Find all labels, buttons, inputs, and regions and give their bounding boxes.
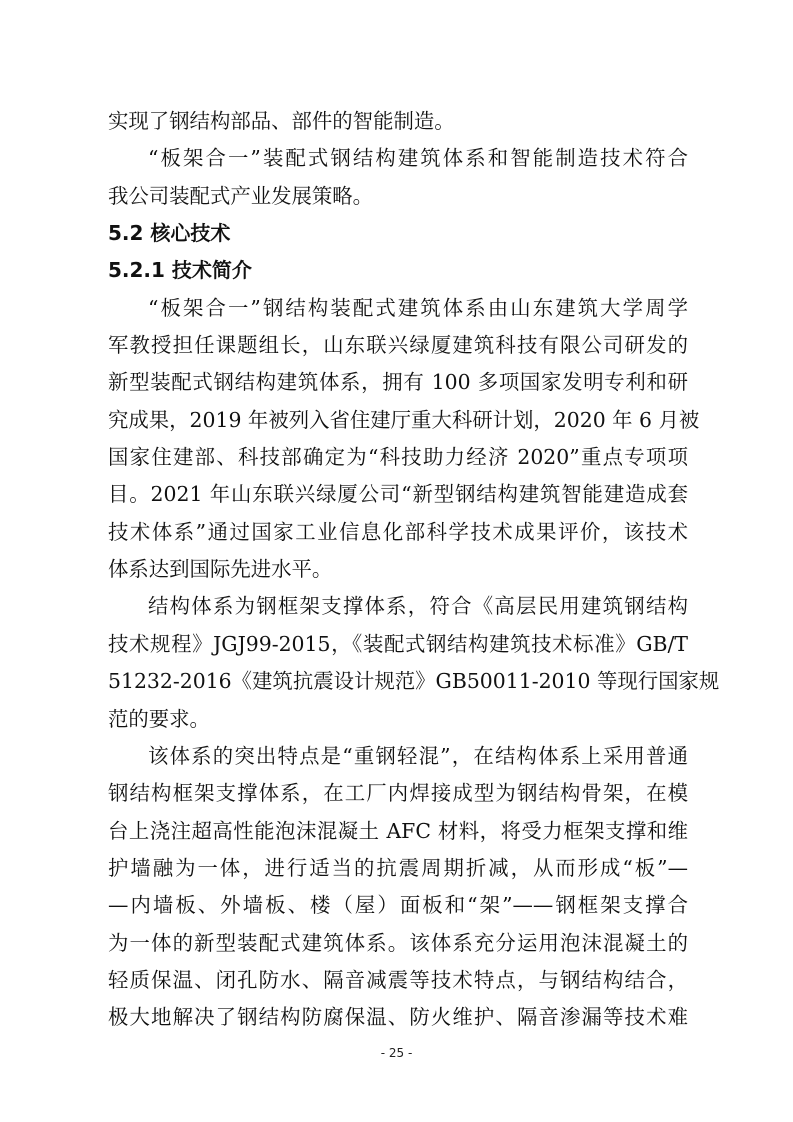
paragraph-line: 新型装配式钢结构建筑体系，拥有 100 多项国家发明专利和研	[108, 364, 688, 401]
paragraph-line: 技术规程》JGJ99-2015，《装配式钢结构建筑技术标准》GB/T	[108, 626, 688, 663]
paragraph-line: 范的要求。	[108, 701, 688, 738]
paragraph-line: 为一体的新型装配式建筑体系。该体系充分运用泡沫混凝土的	[108, 925, 688, 962]
paragraph-line: 技术体系”通过国家工业信息化部科学技术成果评价，该技术	[108, 514, 688, 551]
paragraph-line: 究成果，2019 年被列入省住建厅重大科研计划，2020 年 6 月被	[108, 402, 688, 439]
paragraph-line: 体系达到国际先进水平。	[108, 551, 688, 588]
section-heading: 5.2.1 技术简介	[108, 252, 688, 289]
paragraph-line: “板架合一”钢结构装配式建筑体系由山东建筑大学周学	[108, 290, 688, 327]
page-number: - 25 -	[0, 1046, 793, 1060]
paragraph-line: 我公司装配式产业发展策略。	[108, 178, 688, 215]
paragraph-line: 51232-2016《建筑抗震设计规范》GB50011-2010 等现行国家规	[108, 663, 688, 700]
paragraph-line: 军教授担任课题组长，山东联兴绿厦建筑科技有限公司研发的	[108, 327, 688, 364]
paragraph-line: 轻质保温、闭孔防水、隔音减震等技术特点，与钢结构结合，	[108, 962, 688, 999]
paragraph-line: 该体系的突出特点是“重钢轻混”，在结构体系上采用普通	[108, 738, 688, 775]
paragraph-line: 实现了钢结构部品、部件的智能制造。	[108, 103, 688, 140]
paragraph-line: 国家住建部、科技部确定为“科技助力经济 2020”重点专项项	[108, 439, 688, 476]
document-body: 实现了钢结构部品、部件的智能制造。“板架合一”装配式钢结构建筑体系和智能制造技术…	[108, 103, 688, 1037]
paragraph-line: 护墙融为一体，进行适当的抗震周期折减，从而形成“板”—	[108, 850, 688, 887]
section-heading: 5.2 核心技术	[108, 215, 688, 252]
paragraph-line: “板架合一”装配式钢结构建筑体系和智能制造技术符合	[108, 140, 688, 177]
paragraph-line: 台上浇注超高性能泡沫混凝土 AFC 材料，将受力框架支撑和维	[108, 813, 688, 850]
document-page: 实现了钢结构部品、部件的智能制造。“板架合一”装配式钢结构建筑体系和智能制造技术…	[0, 0, 793, 1122]
paragraph-line: —内墙板、外墙板、楼（屋）面板和“架”——钢框架支撑合	[108, 887, 688, 924]
paragraph-line: 目。2021 年山东联兴绿厦公司“新型钢结构建筑智能建造成套	[108, 476, 688, 513]
paragraph-line: 结构体系为钢框架支撑体系，符合《高层民用建筑钢结构	[108, 588, 688, 625]
paragraph-line: 极大地解决了钢结构防腐保温、防火维护、隔音渗漏等技术难	[108, 999, 688, 1036]
paragraph-line: 钢结构框架支撑体系，在工厂内焊接成型为钢结构骨架，在模	[108, 775, 688, 812]
